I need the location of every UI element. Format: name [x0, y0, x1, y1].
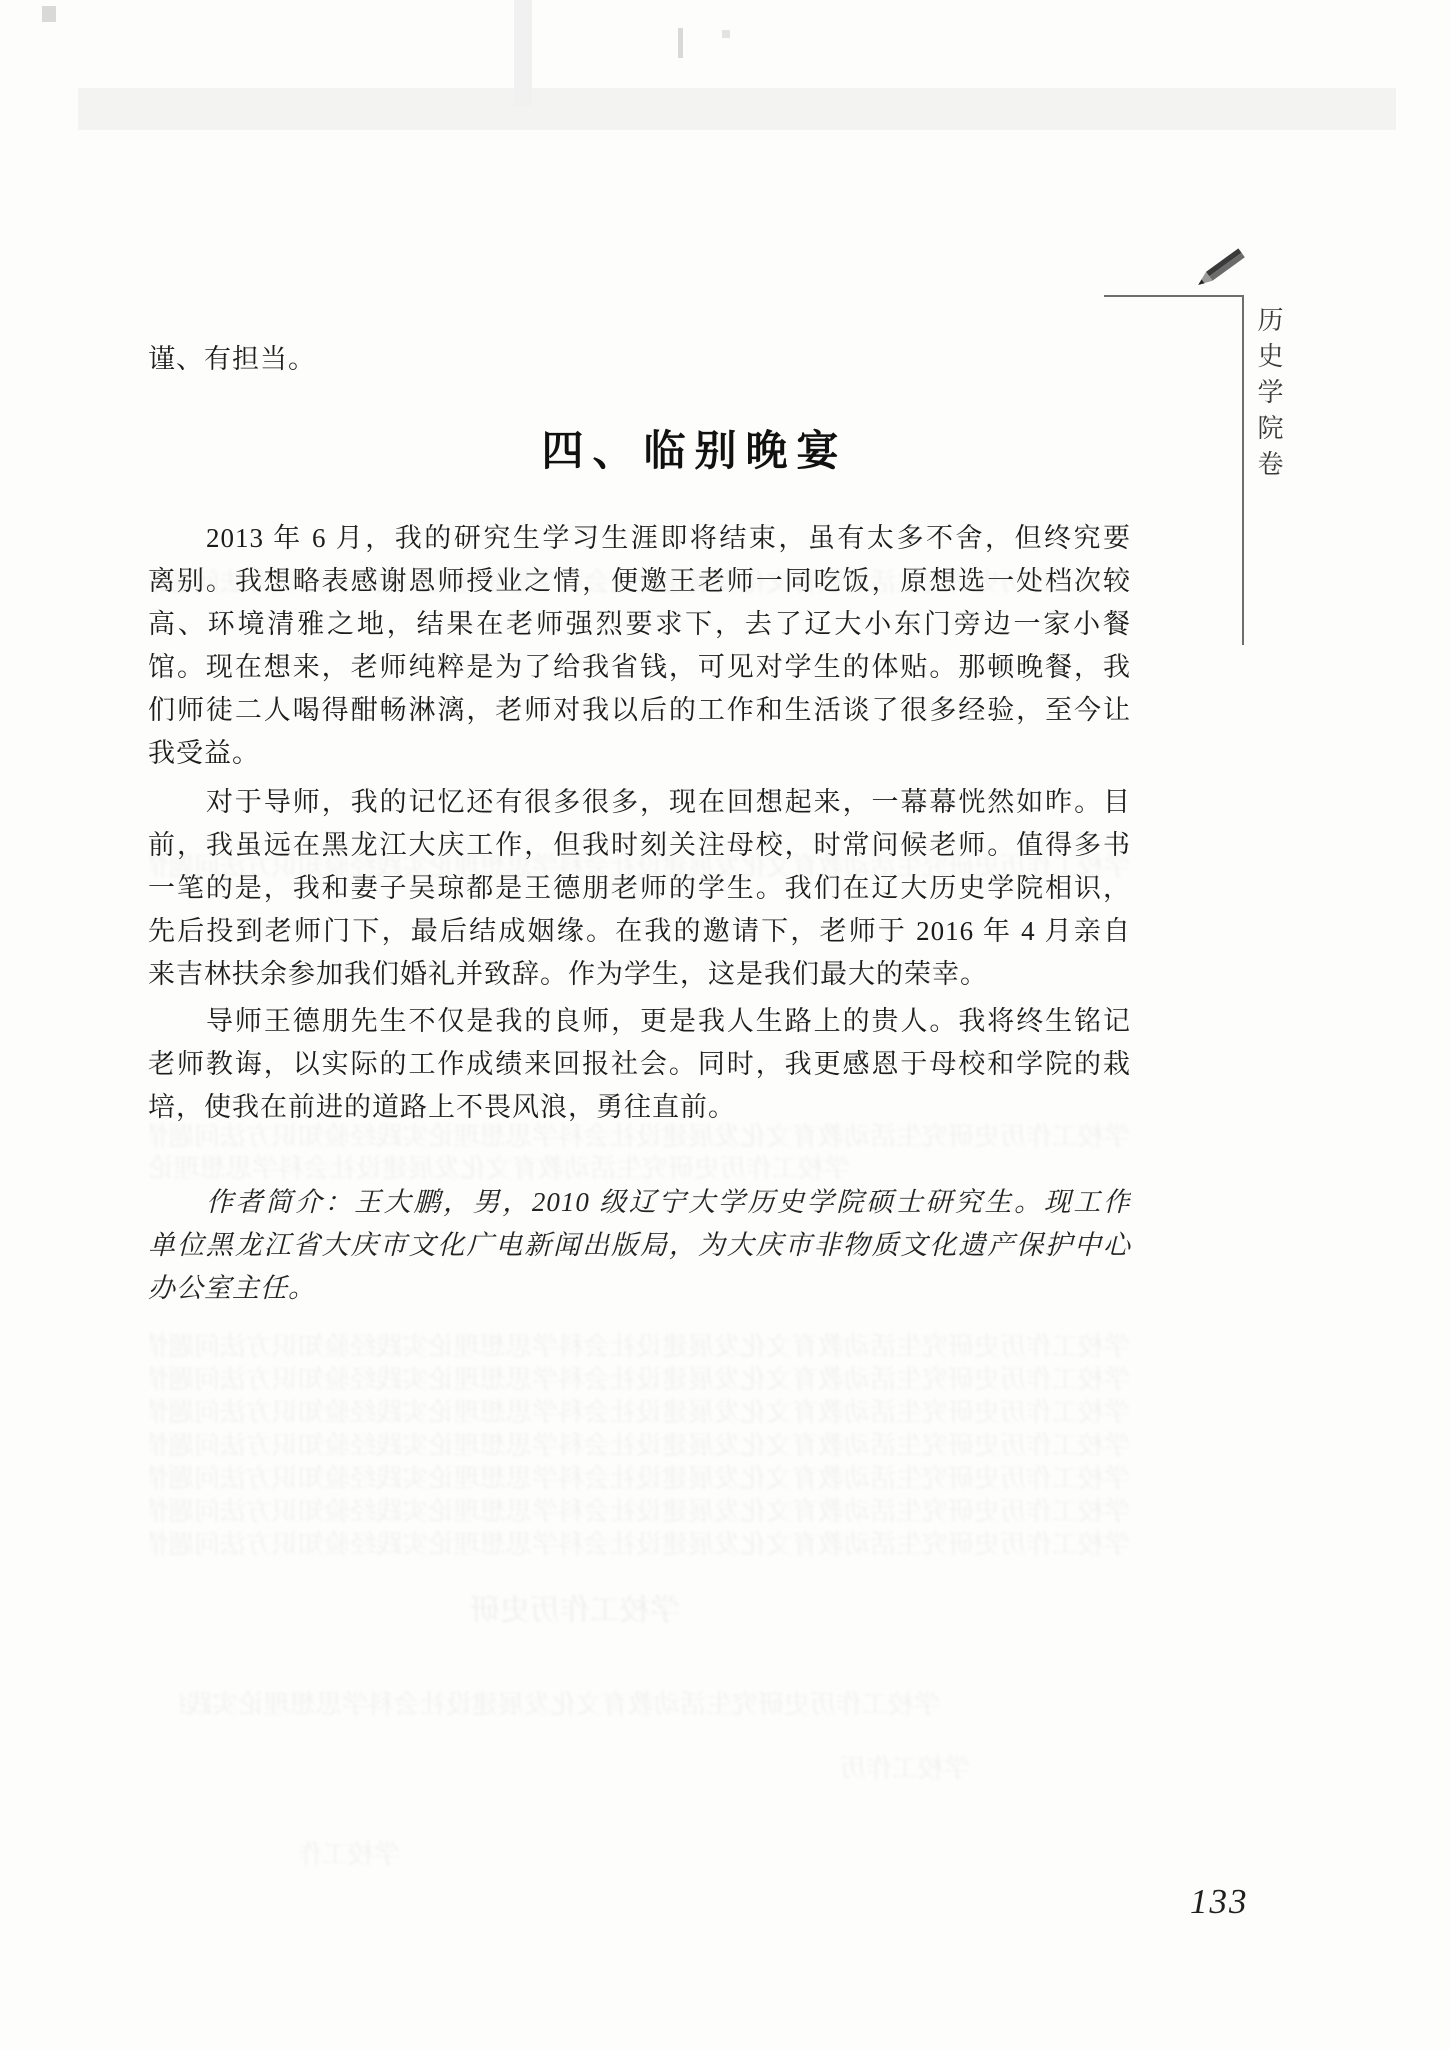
body-line: 对于导师，我的记忆还有很多很多，现在回想起来，一幕幕恍然如昨。目	[148, 781, 1131, 824]
bleedthrough-text: 学校工作历史研究生活动教育文化发展建设社会科学思想理论实践经验知识方法问题情况条…	[150, 1528, 1130, 1564]
bleedthrough-text: 学校工作历史研究生活动教育文化发展建设社会科学思想理论实践经验知识方法问题情况条…	[150, 1330, 1130, 1366]
pencil-icon	[1188, 242, 1252, 298]
body-line: 馆。现在想来，老师纯粹是为了给我省钱，可见对学生的体贴。那顿晚餐，我	[148, 646, 1131, 689]
carryover-line: 谨、有担当。	[148, 338, 1131, 381]
bleedthrough-text: 学校工作历史研究生活动教育文化发展建设社会科学思想理论实践经验知识方法问题情况条…	[470, 1594, 680, 1630]
bleedthrough-text: 学校工作历史研究生活动教育文化发展建设社会科学思想理论实践经验知识方法问题情况条…	[300, 1838, 400, 1874]
author-bio-line: 办公室主任。	[148, 1267, 1131, 1310]
bleedthrough-text: 学校工作历史研究生活动教育文化发展建设社会科学思想理论实践经验知识方法问题情况条…	[150, 566, 1130, 602]
margin-volume-label: 历史学院卷	[1250, 306, 1287, 506]
bleedthrough-text: 学校工作历史研究生活动教育文化发展建设社会科学思想理论实践经验知识方法问题情况条…	[150, 1495, 1130, 1531]
scan-artifact-streak	[514, 0, 532, 106]
section-heading: 四、临别晚宴	[203, 418, 1186, 474]
body-line: 2013 年 6 月，我的研究生学习生涯即将结束，虽有太多不舍，但终究要	[148, 517, 1131, 560]
bleedthrough-text: 学校工作历史研究生活动教育文化发展建设社会科学思想理论实践经验知识方法问题情况条…	[150, 1396, 1130, 1432]
body-line: 高、环境清雅之地，结果在老师强烈要求下，去了辽大小东门旁边一家小餐	[148, 603, 1131, 646]
body-line: 先后投到老师门下，最后结成姻缘。在我的邀请下，老师于 2016 年 4 月亲自	[148, 910, 1131, 953]
bleedthrough-text: 学校工作历史研究生活动教育文化发展建设社会科学思想理论实践经验知识方法问题情况条…	[150, 1363, 1130, 1399]
book-page: 谨、有担当。 四、临别晚宴 2013 年 6 月，我的研究生学习生涯即将结束，虽…	[0, 0, 1450, 2050]
page-number: 133	[1190, 1882, 1249, 1922]
scan-artifact-band	[78, 88, 1396, 130]
bleedthrough-text: 学校工作历史研究生活动教育文化发展建设社会科学思想理论实践经验知识方法问题情况条…	[150, 850, 1130, 886]
scan-artifact-mark	[42, 6, 56, 22]
bleedthrough-text: 学校工作历史研究生活动教育文化发展建设社会科学思想理论实践经验知识方法问题情况条…	[150, 1152, 850, 1188]
margin-rule-horizontal	[1104, 295, 1243, 297]
body-line: 来吉林扶余参加我们婚礼并致辞。作为学生，这是我们最大的荣幸。	[148, 953, 1131, 996]
bleedthrough-text: 学校工作历史研究生活动教育文化发展建设社会科学思想理论实践经验知识方法问题情况条…	[180, 1688, 940, 1724]
scan-artifact-mark	[722, 30, 730, 38]
body-line: 导师王德朋先生不仅是我的良师，更是我人生路上的贵人。我将终生铭记	[148, 1000, 1131, 1043]
body-line: 老师教诲，以实际的工作成绩来回报社会。同时，我更感恩于母校和学院的栽	[148, 1043, 1131, 1086]
margin-rule-vertical	[1242, 295, 1244, 645]
scan-artifact-mark	[678, 28, 683, 58]
body-line: 们师徒二人喝得酣畅淋漓，老师对我以后的工作和生活谈了很多经验，至今让	[148, 689, 1131, 732]
bleedthrough-text: 学校工作历史研究生活动教育文化发展建设社会科学思想理论实践经验知识方法问题情况条…	[840, 1752, 970, 1788]
bleedthrough-text: 学校工作历史研究生活动教育文化发展建设社会科学思想理论实践经验知识方法问题情况条…	[150, 1462, 1130, 1498]
bleedthrough-text: 学校工作历史研究生活动教育文化发展建设社会科学思想理论实践经验知识方法问题情况条…	[150, 1120, 1130, 1156]
bleedthrough-text: 学校工作历史研究生活动教育文化发展建设社会科学思想理论实践经验知识方法问题情况条…	[150, 1429, 1130, 1465]
body-line: 我受益。	[148, 732, 1131, 775]
author-bio-line: 单位黑龙江省大庆市文化广电新闻出版局，为大庆市非物质文化遗产保护中心	[148, 1224, 1131, 1267]
